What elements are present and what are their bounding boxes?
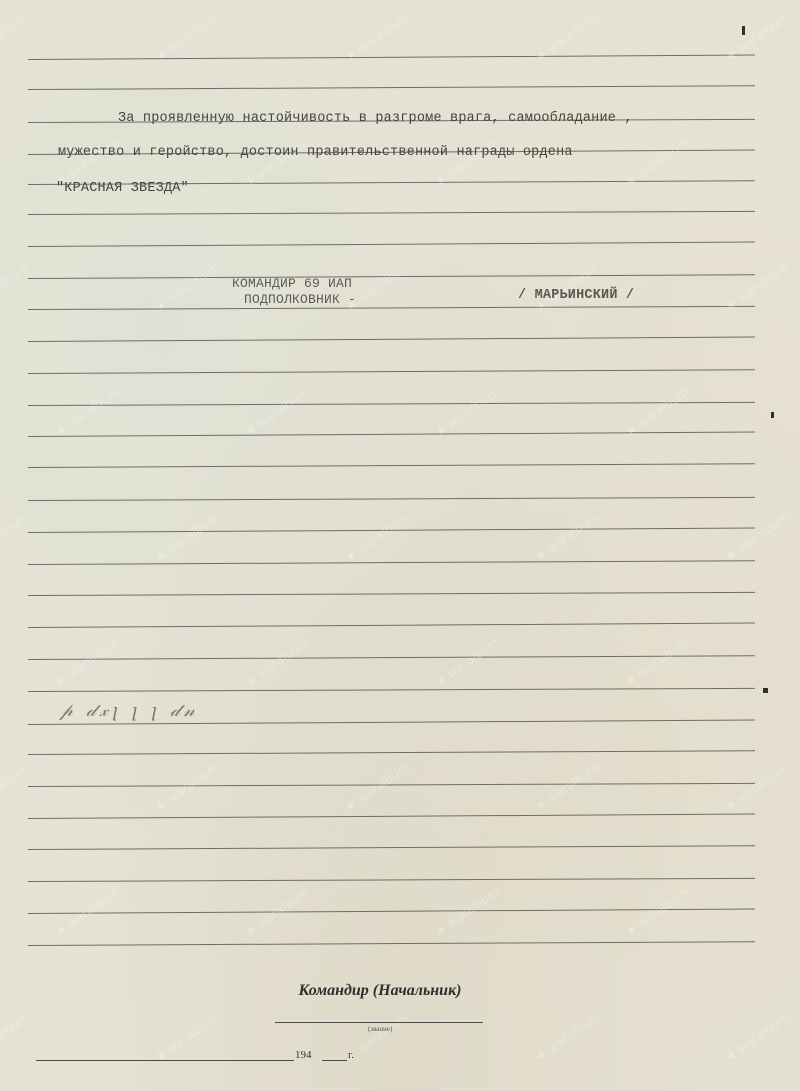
watermark-text: ★ waralbum (153, 760, 222, 814)
margin-mark (763, 688, 768, 693)
ruled-line (28, 623, 755, 628)
ruled-line (28, 560, 755, 565)
corner-mark (742, 26, 745, 35)
date-line-left (36, 1060, 294, 1061)
ruled-line (28, 814, 755, 819)
watermark-text: ★ waralbum (623, 385, 692, 439)
signer-title-line-2: ПОДПОЛКОВНИК - (244, 292, 356, 307)
ruled-line (28, 528, 755, 533)
ruled-line (28, 941, 755, 946)
watermark-text: ★ waralbum (533, 760, 602, 814)
watermark-text: ★ waralbum (0, 760, 32, 814)
watermark-text: ★ waralbum (433, 885, 502, 939)
watermark-text: ★ waralbum (153, 260, 222, 314)
ruled-line (28, 688, 755, 692)
watermark-text: ★ waralbum (723, 760, 792, 814)
ruled-line (28, 274, 755, 279)
ruled-line (28, 306, 755, 310)
watermark-text: ★ waralbum (343, 510, 412, 564)
document-page: ★ waralbum★ waralbum★ waralbum★ waralbum… (0, 0, 800, 1091)
date-line-right (322, 1060, 347, 1061)
watermark-text: ★ waralbum (243, 635, 312, 689)
watermark-text: ★ waralbum (623, 635, 692, 689)
rank-line (275, 1022, 483, 1023)
ruled-line (28, 211, 755, 215)
ruled-line (28, 592, 755, 596)
watermark-text: ★ waralbum (153, 10, 222, 64)
watermark-text: ★ waralbum (623, 885, 692, 939)
ruled-line (28, 655, 755, 660)
ruled-line (28, 463, 755, 468)
margin-mark (771, 412, 774, 418)
watermark-text: ★ waralbum (723, 510, 792, 564)
year-prefix: 194 (295, 1049, 312, 1061)
watermark-text: ★ waralbum (343, 760, 412, 814)
ruled-line (28, 845, 755, 850)
watermark-text: ★ waralbum (433, 635, 502, 689)
body-text-line-2: мужество и геройство, достоин правительс… (58, 145, 573, 160)
watermark-text: ★ waralbum (433, 385, 502, 439)
ruled-line (28, 750, 755, 755)
rank-label: (звание) (368, 1025, 392, 1033)
body-text-line-3: "КРАСНАЯ ЗВЕЗДА" (56, 181, 189, 196)
ruled-line (28, 497, 755, 501)
signer-title-line-1: КОМАНДИР 69 ИАП (232, 276, 352, 291)
form-caption: Командир (Начальник) (0, 982, 760, 1000)
watermark-text: ★ waralbum (533, 1010, 602, 1064)
ruled-line (28, 783, 755, 787)
ruled-line (28, 402, 755, 406)
watermark-text: ★ waralbum (723, 10, 792, 64)
ruled-line (28, 909, 755, 914)
handwritten-signature: 𝓅 𝒹𝓍ꞁ ꞁ ꞁ 𝒹𝓃 (60, 700, 199, 721)
watermark-text: ★ waralbum (0, 1010, 32, 1064)
watermark-text: ★ waralbum (153, 510, 222, 564)
ruled-line (28, 55, 755, 60)
watermark-text: ★ waralbum (0, 10, 32, 64)
watermark-text: ★ waralbum (243, 135, 312, 189)
signer-name: / МАРЬИНСКИЙ / (518, 288, 634, 303)
watermark-text: ★ waralbum (153, 1010, 222, 1064)
watermark-text: ★ waralbum (243, 385, 312, 439)
ruled-line (28, 878, 755, 882)
watermark-text: ★ waralbum (723, 1010, 792, 1064)
year-suffix: г. (348, 1049, 354, 1061)
ruled-line (28, 85, 755, 90)
watermark-text: ★ waralbum (53, 635, 122, 689)
ruled-line (28, 369, 755, 374)
ruled-line (28, 337, 755, 342)
watermark-text: ★ waralbum (533, 510, 602, 564)
ruled-line (28, 242, 755, 247)
body-text-line-1: За проявленную настойчивость в разгроме … (118, 111, 633, 126)
ruled-line (28, 432, 755, 437)
watermark-text: ★ waralbum (53, 385, 122, 439)
watermark-text: ★ waralbum (0, 260, 32, 314)
watermark-text: ★ waralbum (0, 510, 32, 564)
